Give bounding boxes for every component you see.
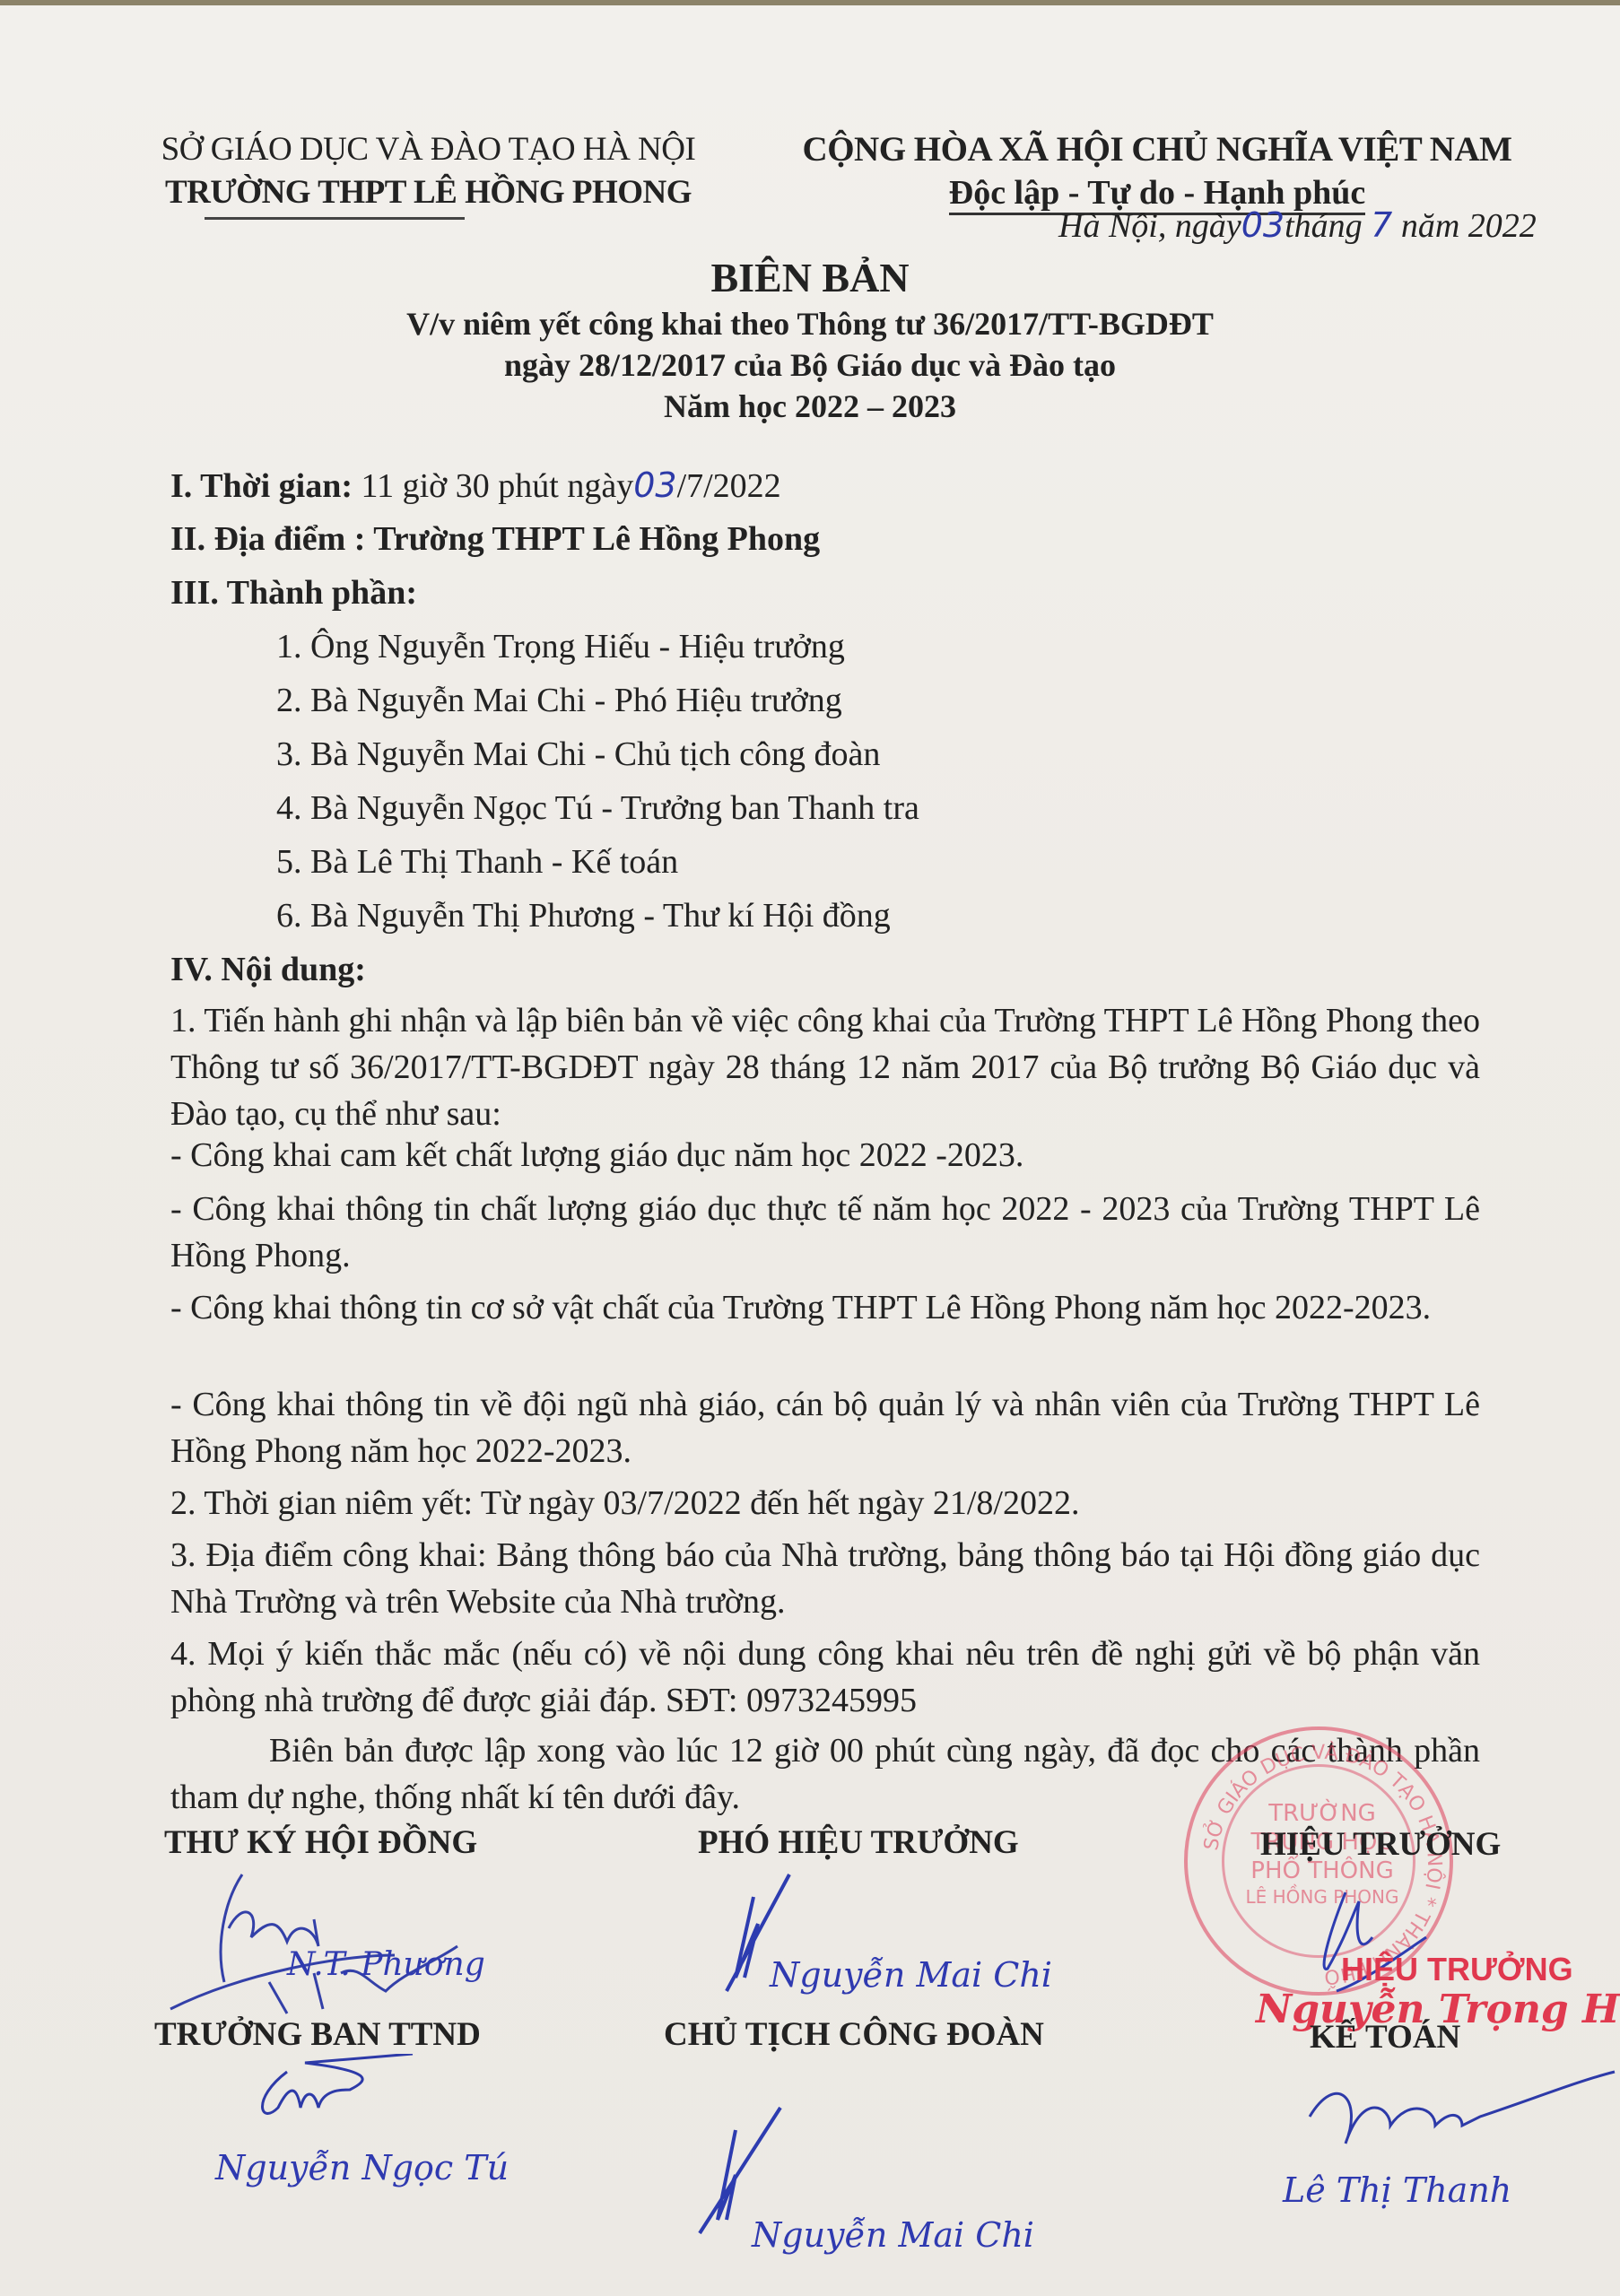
- signature-title-vice-principal: PHÓ HIỆU TRƯỞNG: [698, 1823, 1019, 1863]
- member-item: 6. Bà Nguyễn Thị Phương - Thư kí Hội đồn…: [276, 895, 891, 936]
- signature-title-secretary: THƯ KÝ HỘI ĐỒNG: [164, 1823, 477, 1863]
- content-paragraph: 4. Mọi ý kiến thắc mắc (nếu có) về nội d…: [170, 1631, 1480, 1724]
- document-date: Hà Nội, ngày03tháng 7 năm 2022: [1058, 204, 1537, 247]
- signature-accountant: [1301, 2054, 1620, 2161]
- handwritten-day: 03: [1241, 205, 1285, 245]
- section-place: II. Địa điểm : Trường THPT Lê Hồng Phong: [170, 518, 820, 560]
- subject-line-1: V/v niêm yết công khai theo Thông tư 36/…: [179, 303, 1441, 344]
- signature-title-accountant: KẾ TOÁN: [1310, 2018, 1460, 2057]
- document-title: BIÊN BẢN V/v niêm yết công khai theo Thô…: [179, 253, 1441, 427]
- school-name-underline: [205, 217, 465, 220]
- member-item: 3. Bà Nguyễn Mai Chi - Chủ tịch công đoà…: [276, 734, 880, 775]
- signature-title-principal: HIỆU TRƯỞNG: [1260, 1825, 1501, 1865]
- signature-title-inspection: TRƯỞNG BAN TTND: [154, 2015, 481, 2055]
- seal-title: HIỆU TRƯỞNG: [1341, 1951, 1573, 1988]
- signature-secretary: [161, 1865, 484, 2018]
- subject-line-2: ngày 28/12/2017 của Bộ Giáo dục và Đào t…: [179, 344, 1441, 386]
- signature-name-accountant: Lê Thị Thanh: [1283, 2170, 1511, 2210]
- section-time: I. Thời gian: 11 giờ 30 phút ngày03/7/20…: [170, 465, 781, 507]
- content-paragraph: 2. Thời gian niêm yết: Từ ngày 03/7/2022…: [170, 1480, 1480, 1526]
- signature-name-inspection: Nguyễn Ngọc Tú: [215, 2148, 509, 2187]
- title-main: BIÊN BẢN: [179, 253, 1441, 303]
- member-item: 4. Bà Nguyễn Ngọc Tú - Trưởng ban Thanh …: [276, 787, 919, 829]
- signature-name-union: Nguyễn Mai Chi: [752, 2215, 1034, 2255]
- handwritten-time-day: 03: [633, 465, 676, 505]
- member-item: 2. Bà Nguyễn Mai Chi - Phó Hiệu trưởng: [276, 680, 842, 721]
- handwritten-month: 7: [1371, 205, 1392, 245]
- member-item: 1. Ông Nguyễn Trọng Hiếu - Hiệu trưởng: [276, 626, 845, 667]
- content-paragraph: - Công khai thông tin về đội ngũ nhà giá…: [170, 1381, 1480, 1474]
- signature-name-secretary: N.T. Phương: [287, 1946, 485, 1983]
- content-paragraph: - Công khai thông tin cơ sở vật chất của…: [170, 1284, 1480, 1331]
- content-paragraph: 1. Tiến hành ghi nhận và lập biên bản về…: [170, 997, 1480, 1137]
- content-paragraph: - Công khai cam kết chất lượng giáo dục …: [170, 1132, 1480, 1178]
- nation-name: CỘNG HÒA XÃ HỘI CHỦ NGHĨA VIỆT NAM: [771, 127, 1543, 172]
- header-right: CỘNG HÒA XÃ HỘI CHỦ NGHĨA VIỆT NAM Độc l…: [771, 127, 1543, 213]
- content-paragraph: 3. Địa điểm công khai: Bảng thông báo củ…: [170, 1532, 1480, 1625]
- signature-title-union: CHỦ TỊCH CÔNG ĐOÀN: [664, 2015, 1044, 2055]
- header-left: SỞ GIÁO DỤC VÀ ĐÀO TẠO HÀ NỘI TRƯỜNG THP…: [135, 127, 722, 213]
- signature-inspection: [233, 2054, 431, 2144]
- school-name: TRƯỜNG THPT LÊ HỒNG PHONG: [135, 172, 722, 213]
- content-paragraph: - Công khai thông tin chất lượng giáo dụ…: [170, 1186, 1480, 1279]
- member-item: 5. Bà Lê Thị Thanh - Kế toán: [276, 841, 678, 883]
- section-members-heading: III. Thành phần:: [170, 572, 417, 613]
- school-year: Năm học 2022 – 2023: [179, 386, 1441, 427]
- signature-name-vice-principal: Nguyễn Mai Chi: [770, 1955, 1052, 1995]
- department-name: SỞ GIÁO DỤC VÀ ĐÀO TẠO HÀ NỘI: [135, 127, 722, 172]
- section-content-heading: IV. Nội dung:: [170, 949, 366, 990]
